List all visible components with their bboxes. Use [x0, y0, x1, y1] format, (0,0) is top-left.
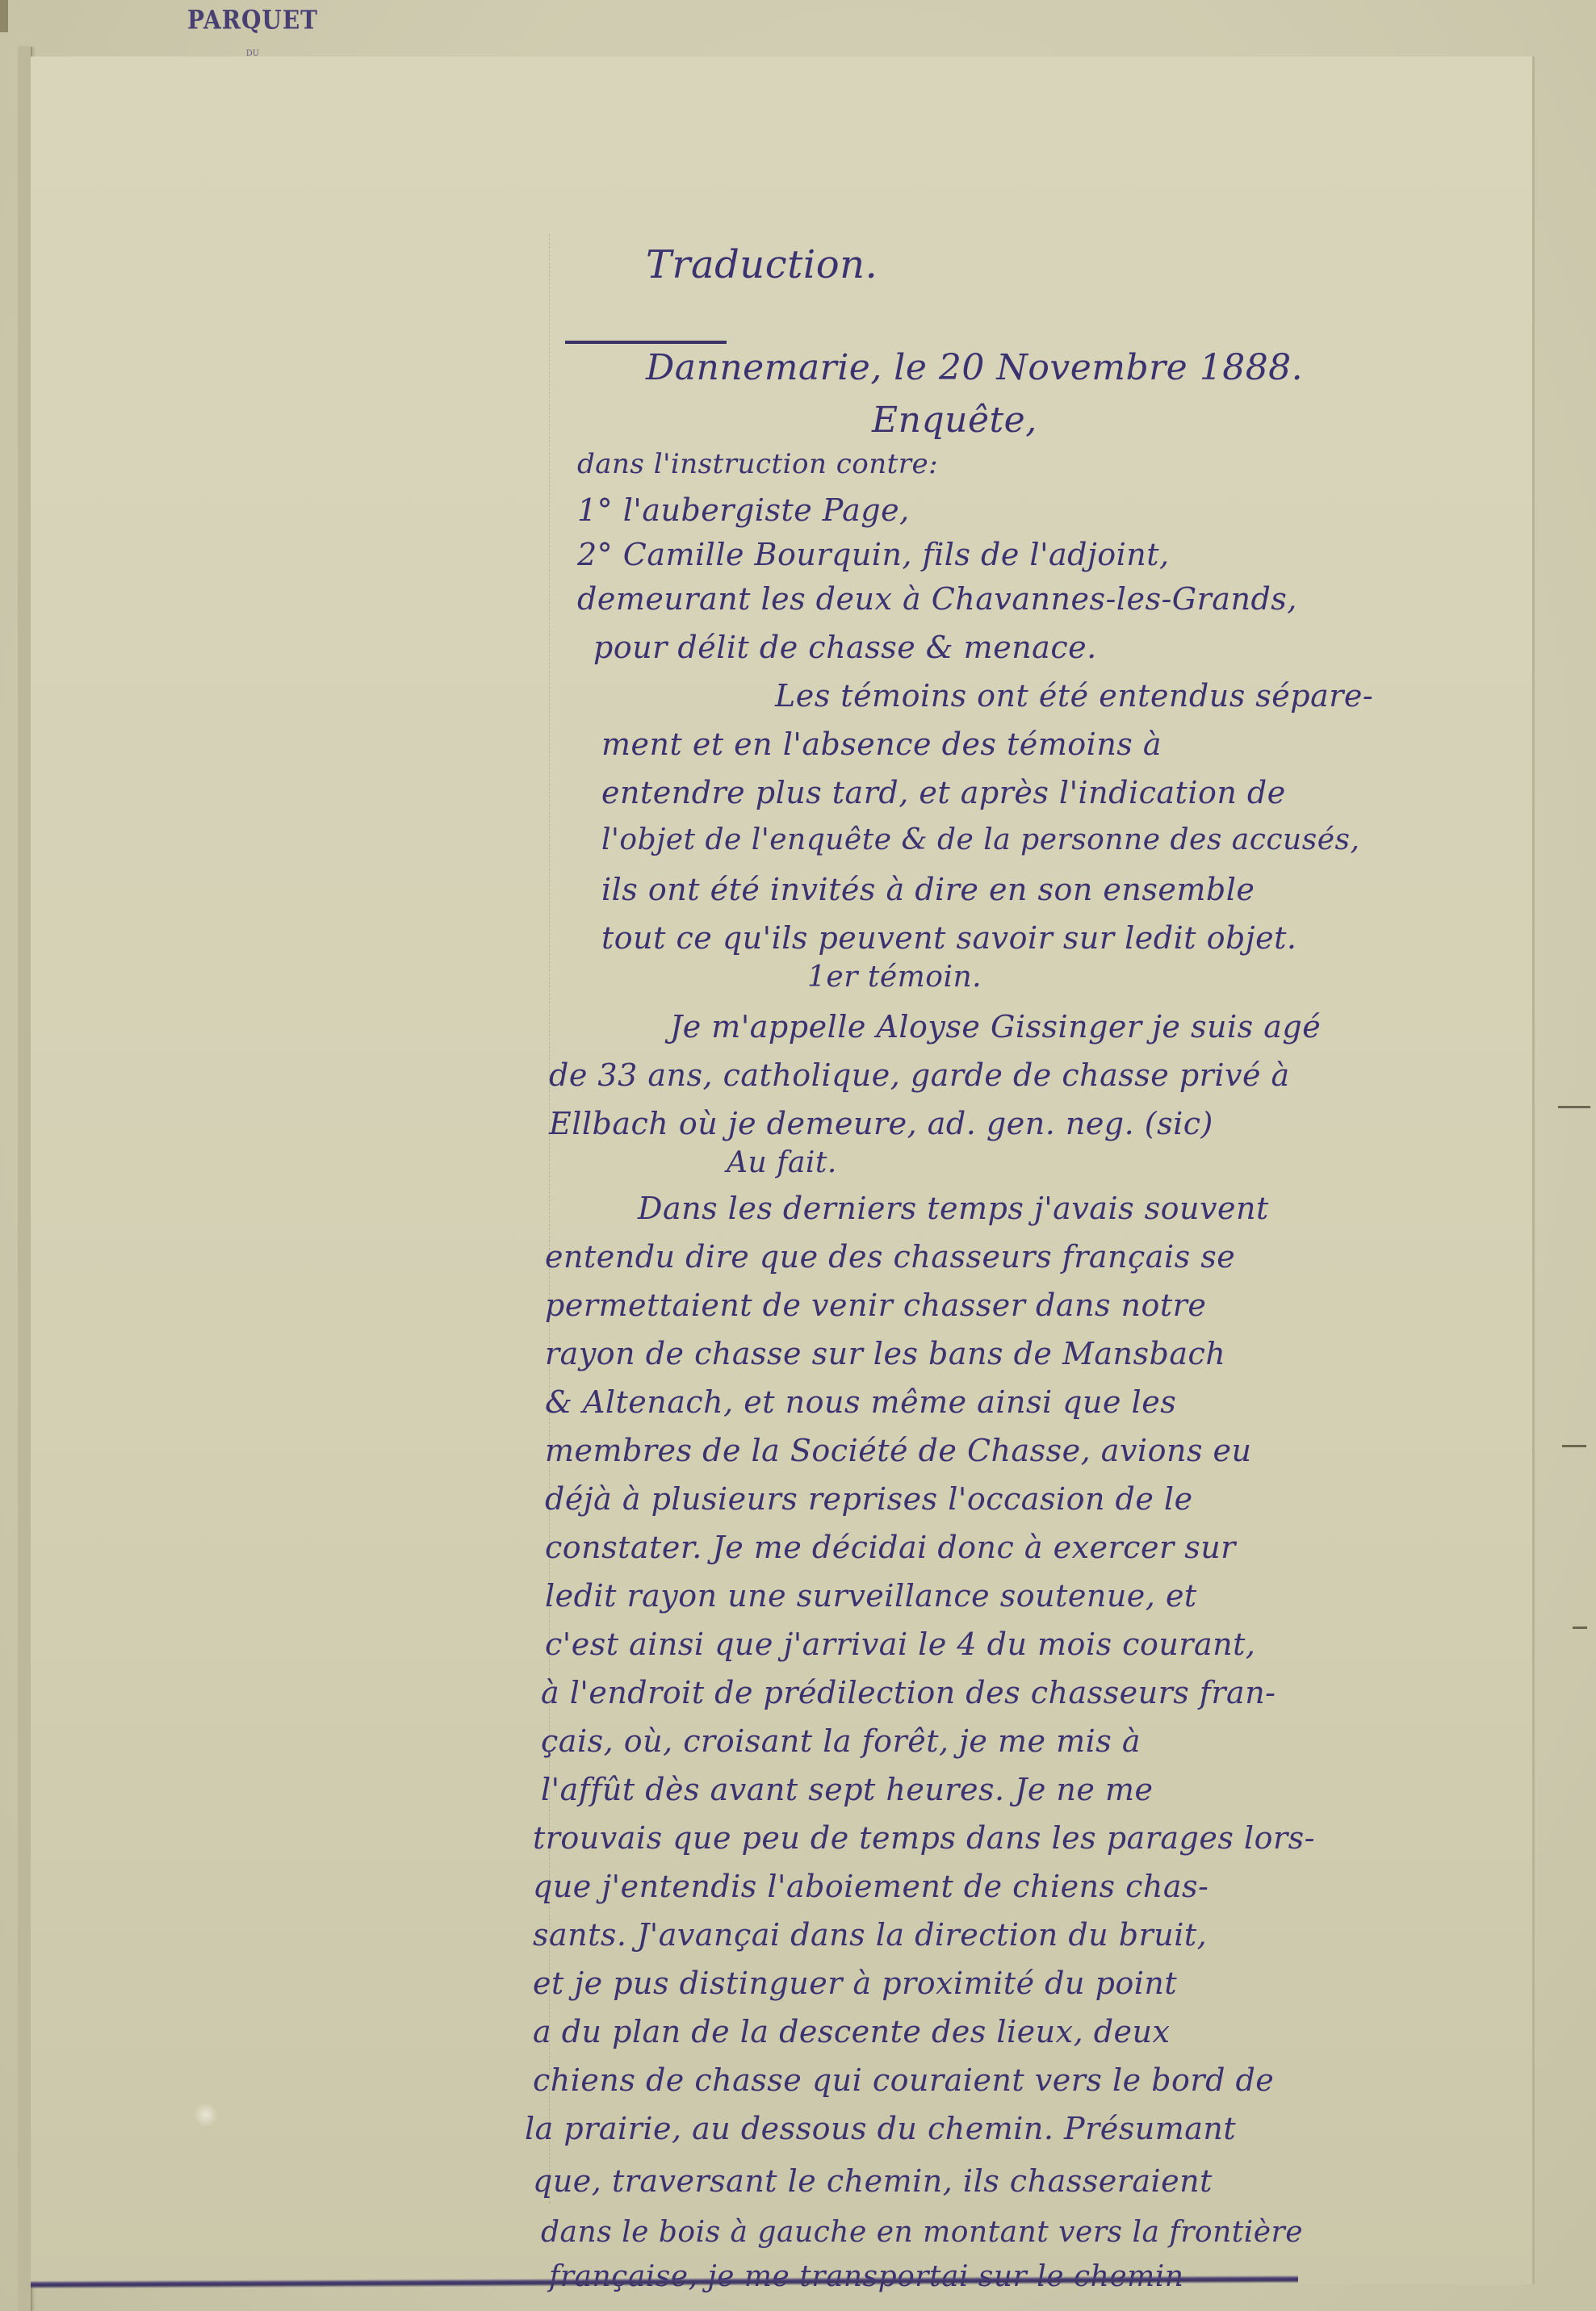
text-line: l'affût dès avant sept heures. Je ne me [541, 1772, 1153, 1807]
paper-smudge [194, 2103, 218, 2127]
binder-tab [0, 0, 8, 32]
section-heading: Au fait. [727, 1146, 837, 1179]
text-line: la prairie, au dessous du chemin. Présum… [525, 2111, 1236, 2146]
text-line: membres de la Société de Chasse, avions … [545, 1433, 1251, 1468]
text-line: rayon de chasse sur les bans de Mansbach [545, 1336, 1225, 1371]
text-line: que, traversant le chemin, ils chasserai… [533, 2163, 1213, 2199]
stamp-title: PARQUET [187, 5, 318, 36]
text-line: pour délit de chasse & menace. [593, 630, 1097, 665]
text-line: Ellbach où je demeure, ad. gen. neg. (si… [549, 1106, 1213, 1141]
document-heading: Traduction. [646, 242, 878, 287]
text-line: entendu dire que des chasseurs français … [545, 1239, 1235, 1275]
text-line: sants. J'avançai dans la direction du br… [533, 1917, 1207, 1953]
text-line: constater. Je me décidai donc à exercer … [545, 1530, 1236, 1565]
text-line: ils ont été invités à dire en son ensemb… [601, 872, 1255, 907]
subject-line: Enquête, [872, 400, 1037, 441]
text-line: & Altenach, et nous même ainsi que les [545, 1384, 1176, 1420]
text-line: a du plan de la descente des lieux, deux [533, 2014, 1170, 2049]
parquet-stamp: PARQUET DU [187, 6, 318, 58]
text-line: l'objet de l'enquête & de la personne de… [601, 823, 1359, 856]
text-line: chiens de chasse qui couraient vers le b… [533, 2062, 1274, 2098]
text-line: tout ce qu'ils peuvent savoir sur ledit … [601, 920, 1296, 956]
heading-underline [565, 341, 727, 344]
text-line: de 33 ans, catholique, garde de chasse p… [549, 1057, 1290, 1093]
text-line: à l'endroit de prédilection des chasseur… [541, 1675, 1276, 1710]
margin-mark [1562, 1445, 1586, 1447]
text-line: et je pus distinguer à proximité du poin… [533, 1966, 1177, 2001]
margin-mark [1573, 1626, 1587, 1629]
text-line: Dans les derniers temps j'avais souvent [638, 1191, 1269, 1226]
margin-mark [1558, 1106, 1590, 1108]
text-line: çais, où, croisant la forêt, je me mis à [541, 1723, 1141, 1759]
text-line: trouvais que peu de temps dans les parag… [533, 1820, 1315, 1856]
place-date-line: Dannemarie, le 20 Novembre 1888. [646, 347, 1303, 388]
text-line: déjà à plusieurs reprises l'occasion de … [545, 1481, 1193, 1517]
text-line: ledit rayon une surveillance soutenue, e… [545, 1578, 1197, 1614]
text-line: dans le bois à gauche en montant vers la… [541, 2216, 1303, 2249]
text-line: demeurant les deux à Chavannes-les-Grand… [577, 581, 1297, 617]
text-line: Je m'appelle Aloyse Gissinger je suis ag… [670, 1009, 1321, 1045]
witness-heading: 1er témoin. [807, 961, 982, 994]
text-line: permettaient de venir chasser dans notre [545, 1287, 1206, 1323]
text-line: entendre plus tard, et après l'indicatio… [601, 775, 1286, 810]
text-line: c'est ainsi que j'arrivai le 4 du mois c… [545, 1626, 1255, 1662]
text-line: que j'entendis l'aboiement de chiens cha… [533, 1869, 1209, 1904]
text-line: ment et en l'absence des témoins à [601, 726, 1162, 762]
text-line: Les témoins ont été entendus sépare- [775, 678, 1373, 714]
text-line: 2° Camille Bourquin, fils de l'adjoint, [577, 537, 1170, 572]
text-line: dans l'instruction contre: [577, 448, 938, 480]
text-line: 1° l'aubergiste Page, [577, 492, 910, 528]
